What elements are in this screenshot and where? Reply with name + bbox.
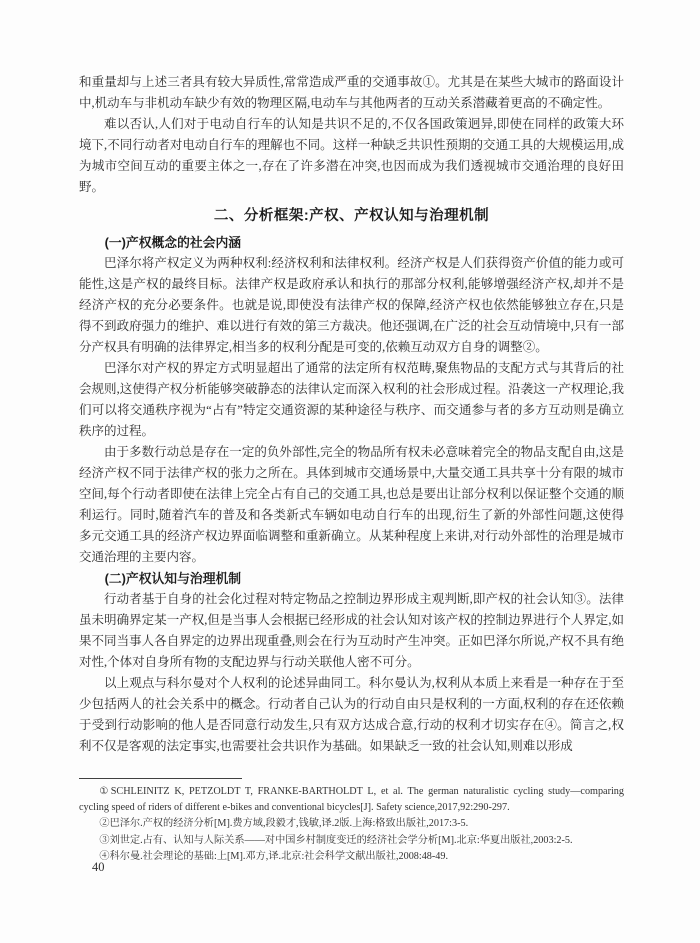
paragraph: 以上观点与科尔曼对个人权利的论述异曲同工。科尔曼认为,权利从本质上来看是一种存在… [79,673,624,757]
page-body-text: 和重量却与上述三者具有较大异质性,常常造成严重的交通事故①。尤其是在某些大城市的… [79,72,624,780]
section-heading: 二、分析框架:产权、产权认知与治理机制 [79,205,624,227]
paragraph: 巴泽尔对产权的界定方式明显超出了通常的法定所有权范畴,聚焦物品的支配方式与其背后… [79,358,624,442]
document-page: 和重量却与上述三者具有较大异质性,常常造成严重的交通事故①。尤其是在某些大城市的… [0,0,700,943]
paragraph: 难以否认,人们对于电动自行车的认知是共识不足的,不仅各国政策迥异,即使在同样的政… [79,114,624,198]
footnote-2: ②巴泽尔.产权的经济分析[M].费方域,段毅才,钱敏,译.2版.上海:格致出版社… [79,816,624,832]
paragraph-continued-from-previous-page: 和重量却与上述三者具有较大异质性,常常造成严重的交通事故①。尤其是在某些大城市的… [79,72,624,114]
paragraph: 行动者基于自身的社会化过程对特定物品之控制边界形成主观判断,即产权的社会认知③。… [79,589,624,673]
subsection-heading-2: (二)产权认知与治理机制 [79,568,624,589]
paragraph: 巴泽尔将产权定义为两种权利:经济权利和法律权利。经济产权是人们获得资产价值的能力… [79,253,624,358]
page-number: 40 [92,860,105,875]
footnote-1: ①SCHLEINITZ K, PETZOLDT T, FRANKE-BARTHO… [79,784,624,816]
footnote-3: ③刘世定.占有、认知与人际关系——对中国乡村制度变迁的经济社会学分析[M].北京… [79,833,624,849]
subsection-heading-1: (一)产权概念的社会内涵 [79,232,624,253]
footnote-separator [79,778,242,779]
footnote-4: ④科尔曼.社会理论的基础:上[M].邓方,译.北京:社会科学文献出版社,2008… [79,849,624,865]
footnotes-section: ①SCHLEINITZ K, PETZOLDT T, FRANKE-BARTHO… [79,778,624,865]
paragraph: 由于多数行动总是存在一定的负外部性,完全的物品所有权未必意味着完全的物品支配自由… [79,442,624,568]
